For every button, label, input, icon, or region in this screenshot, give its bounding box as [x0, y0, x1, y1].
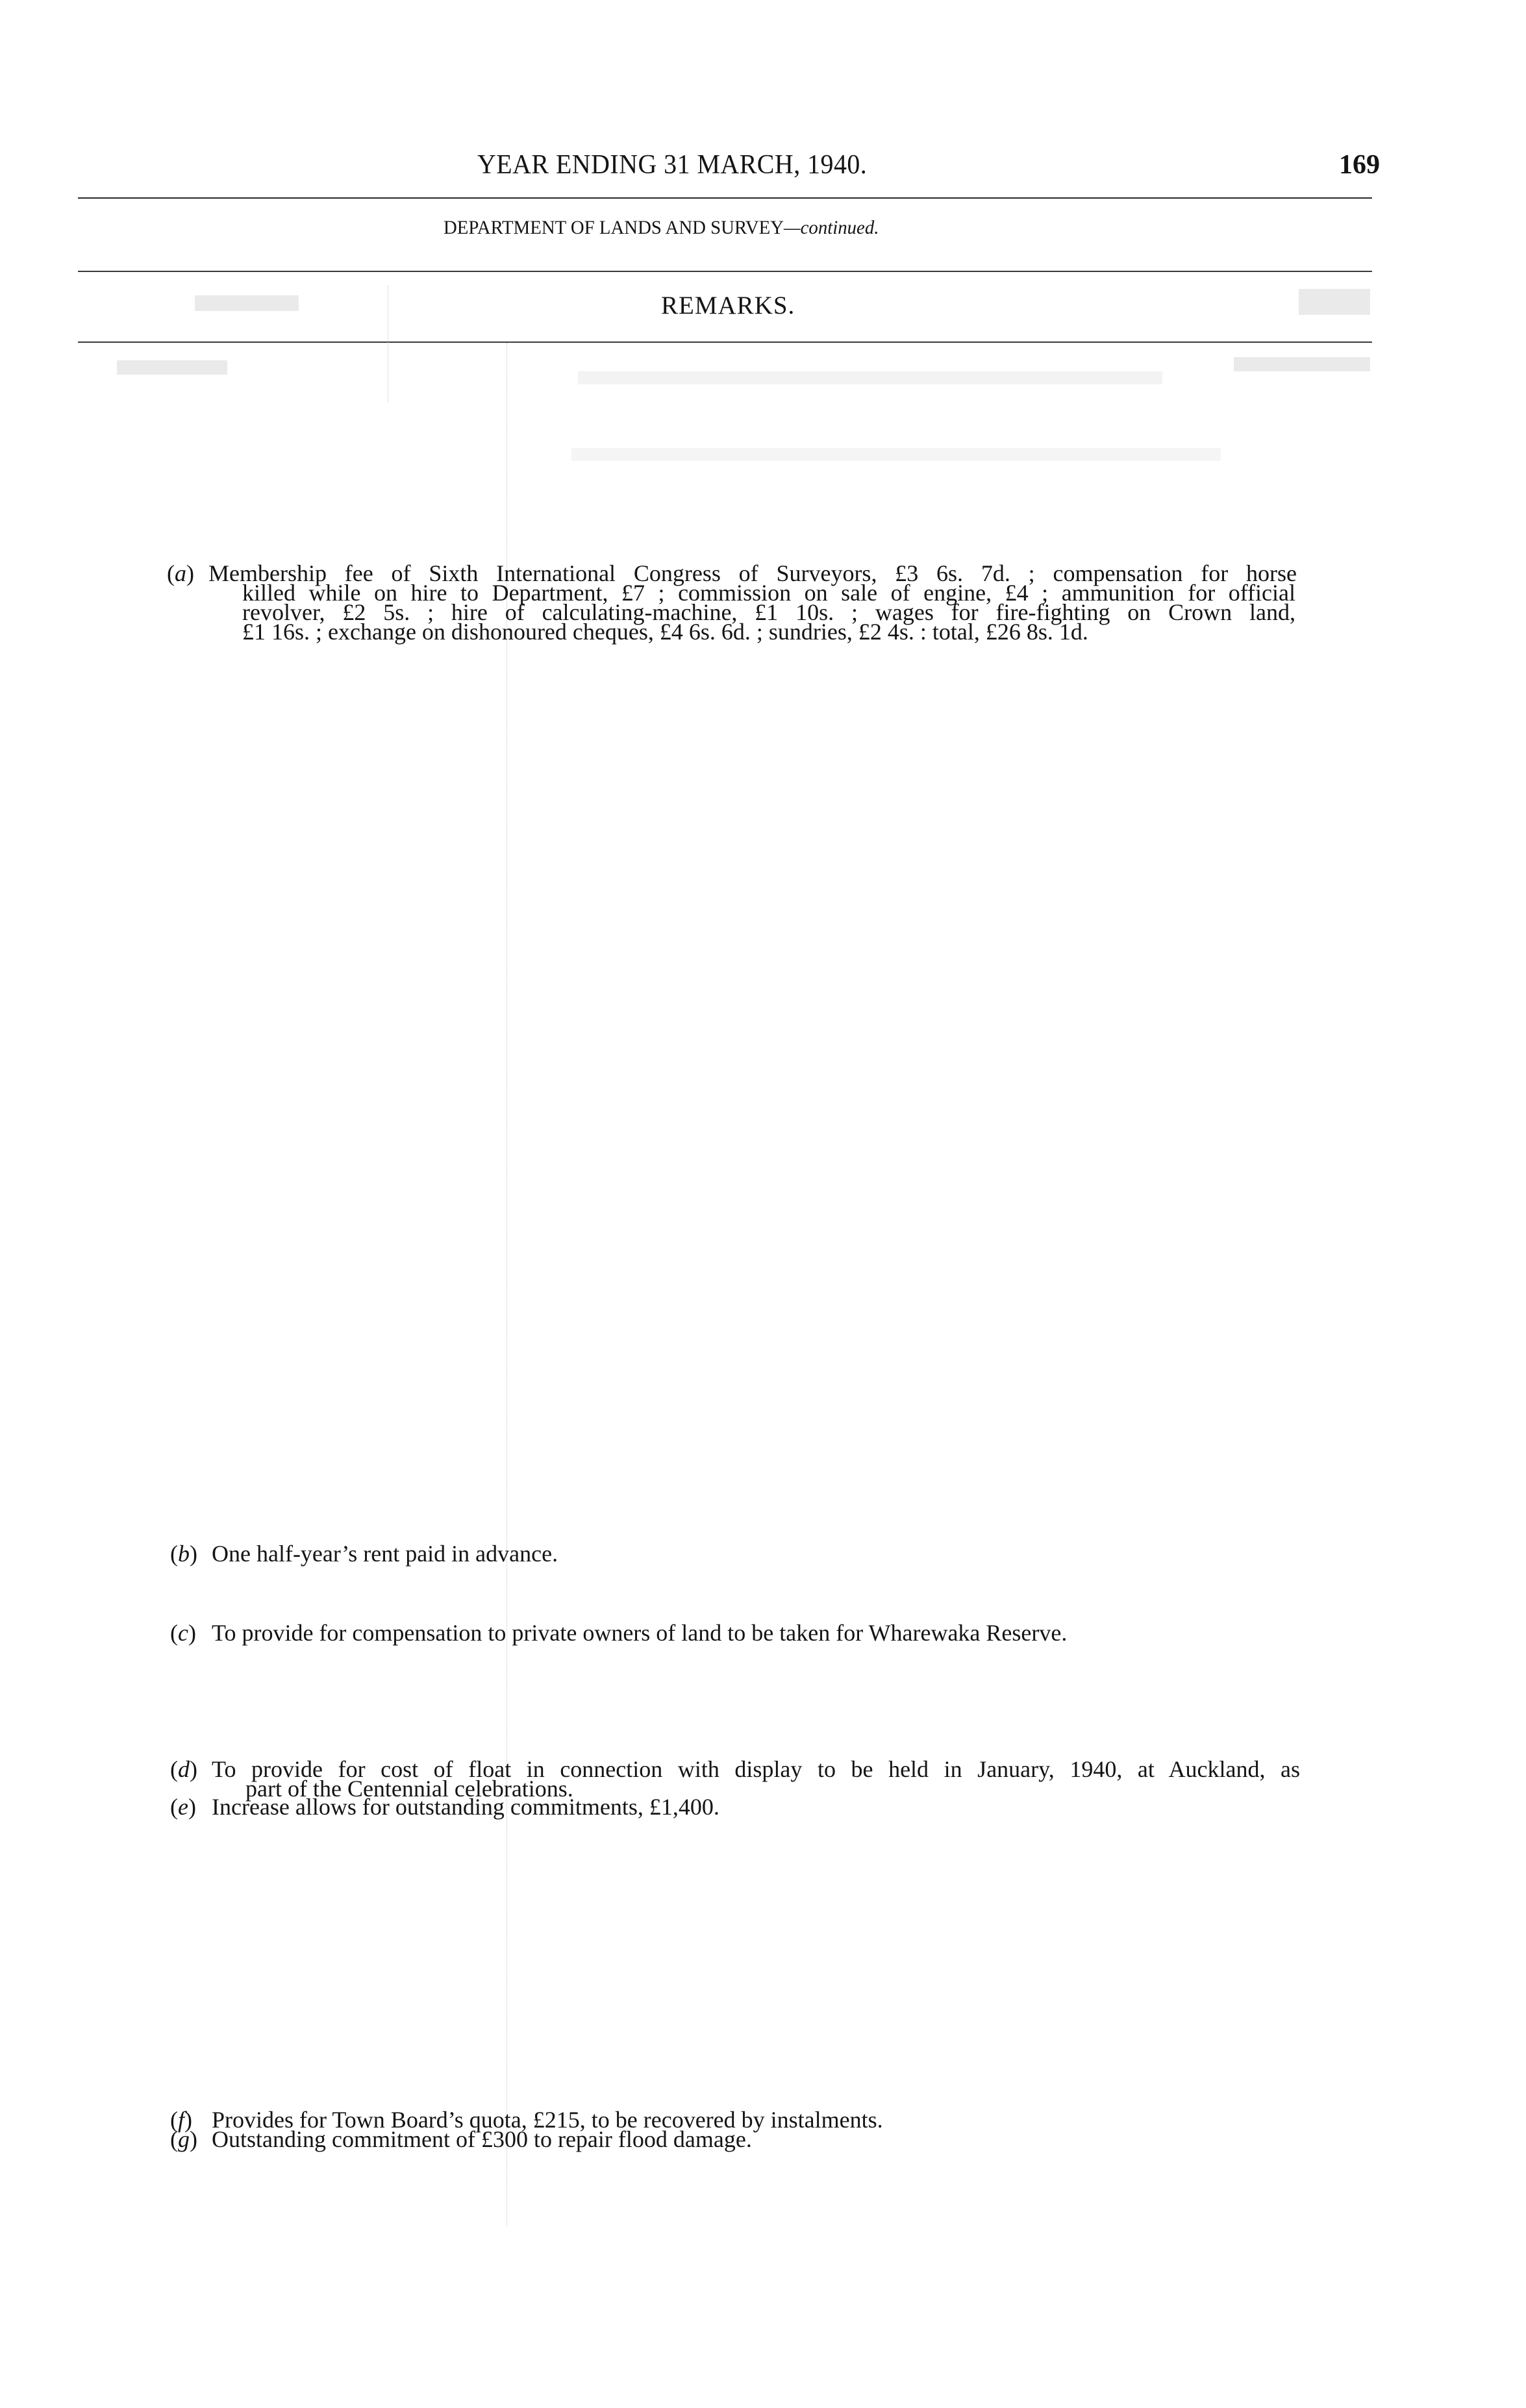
remark-line: Outstanding commitment of £300 to repair…	[212, 2129, 752, 2149]
department-name: DEPARTMENT OF LANDS AND SURVEY	[444, 217, 784, 238]
header-rule-middle	[78, 271, 1372, 272]
remark-line: Increase allows for outstanding commitme…	[212, 1797, 719, 1817]
ghost-column-divider-left	[388, 286, 389, 403]
department-heading: DEPARTMENT OF LANDS AND SURVEY—continued…	[444, 217, 879, 239]
department-continued: —continued.	[784, 217, 879, 238]
ghost-text-block	[117, 360, 227, 375]
remark-marker: (a)	[167, 564, 194, 583]
ghost-text-line	[571, 448, 1221, 461]
remark-line: One half-year’s rent paid in advance.	[212, 1544, 558, 1563]
running-title: YEAR ENDING 31 MARCH, 1940.	[477, 149, 867, 180]
ghost-text-block	[195, 295, 299, 311]
remark-marker: (e)	[170, 1797, 196, 1817]
remark-marker: (c)	[170, 1623, 196, 1643]
ghost-text-line	[578, 371, 1162, 384]
page-number: 169	[1339, 149, 1380, 180]
remarks-heading: REMARKS.	[661, 291, 795, 320]
header-rule-top	[78, 197, 1372, 199]
remark-line: To provide for compensation to private o…	[212, 1623, 1067, 1643]
remark-marker: (g)	[170, 2129, 197, 2149]
ghost-text-block	[1299, 289, 1370, 315]
ghost-text-block	[1234, 357, 1370, 371]
header-rule-bottom	[78, 341, 1372, 343]
remark-marker: (b)	[170, 1544, 197, 1563]
remark-line: £1 16s. ; exchange on dishonoured cheque…	[242, 622, 1088, 641]
remark-marker: (d)	[170, 1759, 197, 1779]
remark-a: (a) Membership fee of Sixth Internationa…	[167, 564, 1297, 648]
